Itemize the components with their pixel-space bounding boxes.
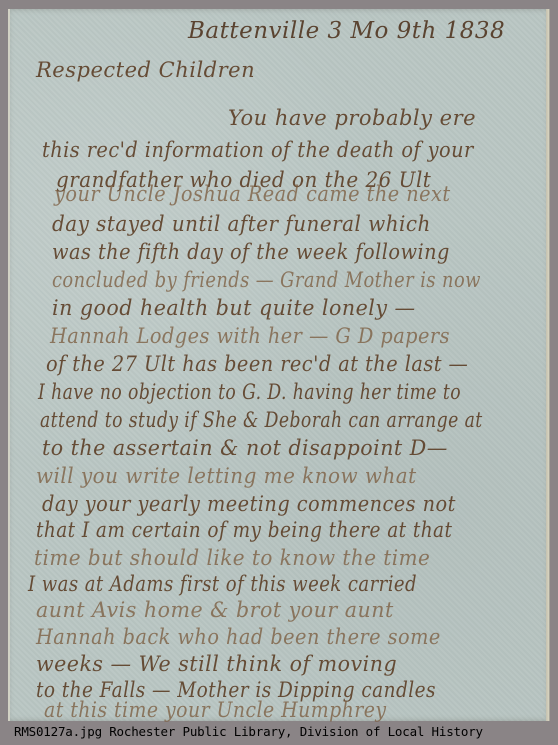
letter-line: of the 27 Ult has been rec'd at the last…: [46, 352, 468, 376]
letter-line: this rec'd information of the death of y…: [42, 138, 474, 162]
letter-line: Hannah Lodges with her — G D papers: [50, 324, 450, 348]
letter-line: aunt Avis home & brot your aunt: [36, 598, 394, 622]
letter-line: attend to study if She & Deborah can arr…: [40, 408, 483, 432]
image-caption: RMS0127a.jpg Rochester Public Library, D…: [14, 724, 483, 739]
letter-line: that I am certain of my being there at t…: [36, 518, 452, 542]
paper-edge-left: [8, 9, 10, 721]
letter-line: You have probably ere: [228, 106, 476, 130]
image-viewer: Battenville 3 Mo 9th 1838 Respected Chil…: [0, 0, 558, 745]
letter-salutation: Respected Children: [36, 58, 255, 82]
letter-line: I was at Adams first of this week carrie…: [28, 572, 417, 596]
letter-line: I have no objection to G. D. having her …: [38, 380, 461, 404]
paper-edge-right: [546, 9, 549, 721]
letter-line: time but should like to know the time: [34, 546, 430, 570]
letter-line: was the fifth day of the week following: [52, 240, 450, 264]
letter-line: your Uncle Joshua Read came the next: [54, 182, 451, 206]
letter-line: at this time your Uncle Humphrey: [44, 698, 386, 722]
letter-line: to the assertain & not disappoint D—: [42, 436, 448, 460]
letter-line: Hannah back who had been there some: [36, 625, 441, 649]
letter-line: day your yearly meeting commences not: [42, 492, 456, 516]
letter-line: will you write letting me know what: [36, 464, 417, 488]
letter-line: in good health but quite lonely —: [52, 296, 416, 320]
letter-line: day stayed until after funeral which: [52, 212, 431, 236]
letter-dateline: Battenville 3 Mo 9th 1838: [188, 18, 505, 44]
letter-line: weeks — We still think of moving: [36, 652, 397, 676]
letter-line: concluded by friends — Grand Mother is n…: [52, 268, 481, 292]
